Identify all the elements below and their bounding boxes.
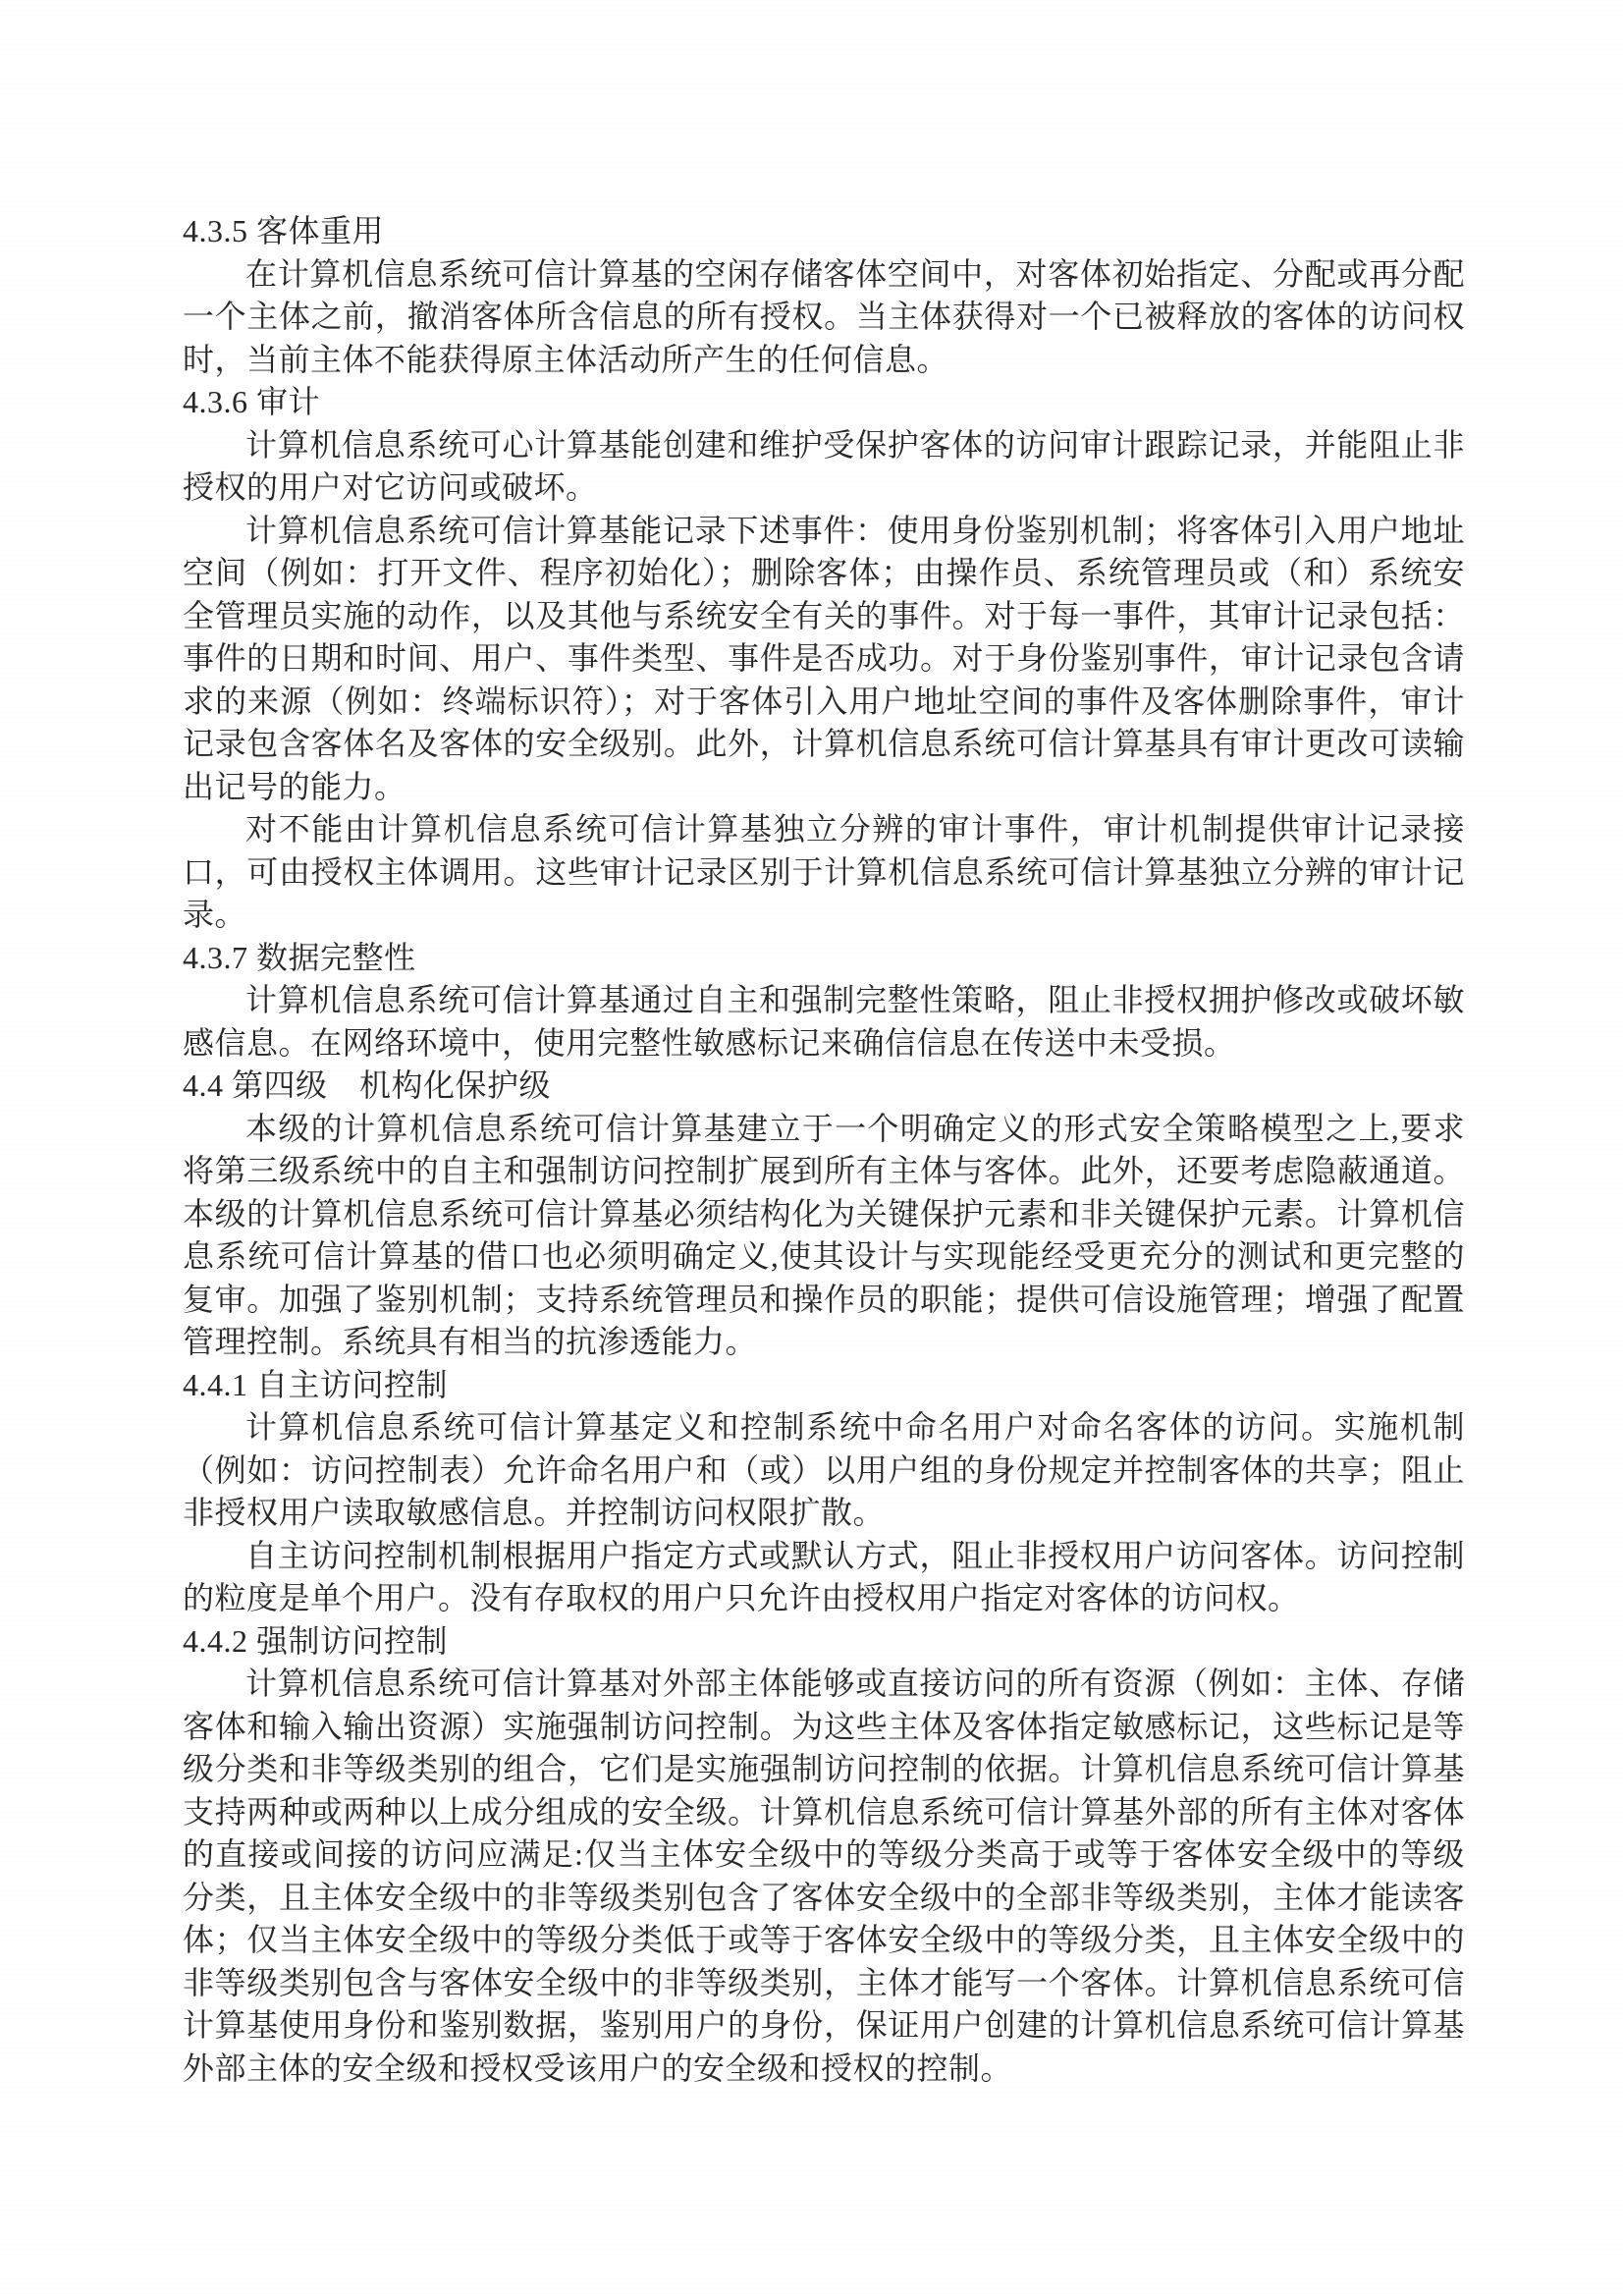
section-heading: 4.4 第四级 机构化保护级 [183,1065,1465,1108]
section-heading: 4.3.5 客体重用 [183,210,1465,253]
body-paragraph: 计算机信息系统可心计算基能创建和维护受保护客体的访问审计跟踪记录，并能阻止非授权… [183,424,1465,510]
body-paragraph: 计算机信息系统可信计算基能记录下述事件：使用身份鉴别机制；将客体引入用户地址空间… [183,510,1465,809]
body-paragraph: 在计算机信息系统可信计算基的空闲存储客体空间中，对客体初始指定、分配或再分配一个… [183,253,1465,382]
section-heading: 4.3.7 数据完整性 [183,937,1465,980]
section-heading: 4.4.2 强制访问控制 [183,1620,1465,1664]
body-paragraph: 计算机信息系统可信计算基定义和控制系统中命名用户对命名客体的访问。实施机制（例如… [183,1406,1465,1535]
scanned-page: 4.3.5 客体重用在计算机信息系统可信计算基的空闲存储客体空间中，对客体初始指… [0,0,1623,2296]
body-paragraph: 自主访问控制机制根据用户指定方式或默认方式，阻止非授权用户访问客体。访问控制的粒… [183,1535,1465,1620]
section-heading: 4.4.1 自主访问控制 [183,1364,1465,1407]
body-paragraph: 计算机信息系统可信计算基通过自主和强制完整性策略，阻止非授权拥护修改或破坏敏感信… [183,979,1465,1065]
section-heading: 4.3.6 审计 [183,381,1465,424]
document-page: 4.3.5 客体重用在计算机信息系统可信计算基的空闲存储客体空间中，对客体初始指… [183,210,1465,2090]
body-paragraph: 本级的计算机信息系统可信计算基建立于一个明确定义的形式安全策略模型之上,要求将第… [183,1108,1465,1364]
body-paragraph: 计算机信息系统可信计算基对外部主体能够或直接访问的所有资源（例如：主体、存储客体… [183,1663,1465,2090]
body-paragraph: 对不能由计算机信息系统可信计算基独立分辨的审计事件，审计机制提供审计记录接口，可… [183,808,1465,937]
